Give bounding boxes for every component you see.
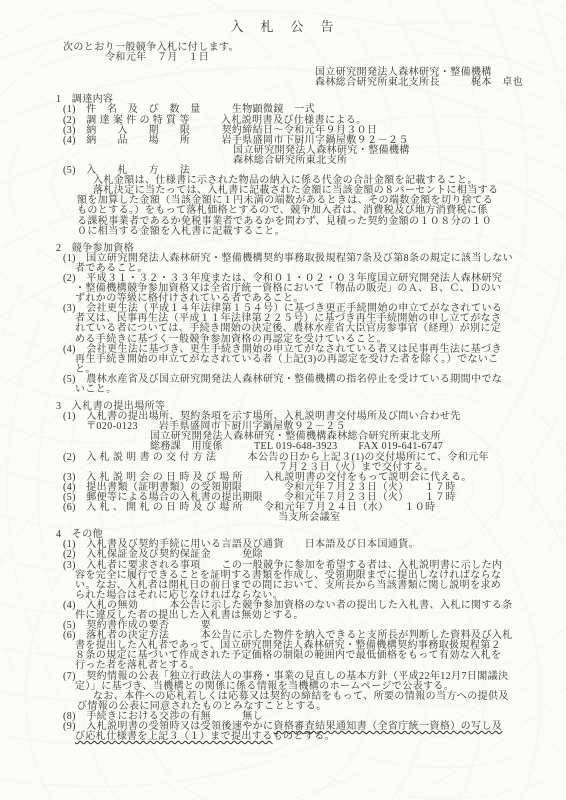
doc-line: 当支所会議室 xyxy=(278,513,566,523)
section-1-procurement: 1 調達内容(1) 件 名 及 び 数 量 生物顕微鏡 一式(2) 調 達 案 … xyxy=(0,95,566,236)
section-4-other: 4 その他(1) 入札書及び契約手続に用いる言語及び通貨 日本語及び日本国通貨。… xyxy=(0,530,566,742)
page-title: 入 札 公 告 xyxy=(0,19,566,34)
section-3-submission: 3 入札書の提出場所等(1) 入札書の提出場所、契約条項を示す場所、入札説明書交… xyxy=(0,402,566,523)
doc-line: (5) 農林水産省及び国立研究開発法人森林研究・整備機構の指名停止を受けている期… xyxy=(63,375,566,385)
text-segment: ものとする。 xyxy=(273,731,335,742)
wavy-underlined-text: び応札仕様書を上記３（１）まで提出する xyxy=(75,731,273,742)
section-2-qualification: 2 競争参加資格(1) 国立研究開発法人森林研究・整備機構契約事務取扱規程第7条… xyxy=(0,244,566,395)
date-line: 令和元年 ７月 １日 xyxy=(105,53,566,63)
doc-line: び応札仕様書を上記３（１）まで提出するものとする。 xyxy=(75,732,566,742)
sections-container: 1 調達内容(1) 件 名 及 び 数 量 生物顕微鏡 一式(2) 調 達 案 … xyxy=(0,95,566,742)
doc-line: 再生手続き開始の申立てがなされている者（上記(3)の再認定を受けた者を除く。）で… xyxy=(75,355,566,365)
tender-notice-document: 入 札 公 告 次のとおり一般競争入札に付します。 令和元年 ７月 １日 国立研… xyxy=(0,0,566,742)
doc-line: ０に相当する金額を入札書に記載すること。 xyxy=(77,227,566,237)
issuer-title-and-name: 森林総合研究所東北支所長 梶本 卓也 xyxy=(315,78,566,88)
doc-line: (2) 入札保証金及び契約保証金 免除 xyxy=(63,550,566,560)
doc-line: 森林総合研究所東北支所 xyxy=(233,156,566,166)
doc-line: いこと。 xyxy=(75,385,566,395)
doc-line: ものとする。）をもって落札価格とするので、競争加入者は、消費税及び地方消費税に係 xyxy=(77,206,566,216)
